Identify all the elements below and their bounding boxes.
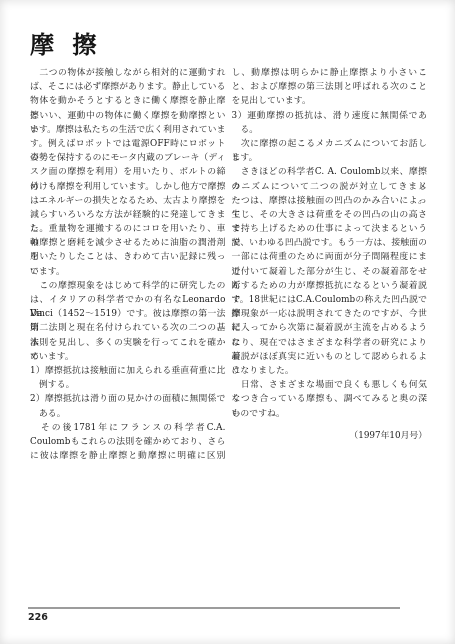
text-line: た。重量物を運搬するのにコロを用いたり、車軸 [30,222,226,236]
text-line: 姿勢を保持するのにモータ内蔵のブレーキ（ディ [30,151,226,165]
text-line: に入ってから次第に凝着説が主流を占めるように [232,321,428,335]
text-line: さきほどの科学者C. A. Coulomb以来、摩擦のメ [232,165,428,179]
text-line: の摩擦と磨耗を減少させるために油脂の潤滑剤を [30,236,226,250]
text-line: 二つの物体が接触しながら相対的に運動すれ [30,66,226,80]
text-line: この摩擦現象をはじめて科学的に研究したの [30,279,226,293]
text-line: 第二法則と現在名付けられている次の二つの基本 [30,321,226,335]
document-page: 摩 擦 二つの物体が接触しながら相対的に運動すれば、そこには必ず摩擦があります。… [0,0,455,644]
text-line: ています。 [30,350,226,364]
two-column-body: 二つの物体が接触しながら相対的に運動すれば、そこには必ず摩擦があります。静止して… [30,66,427,463]
text-line: ものですね。 [232,407,428,421]
text-line: 例する。 [30,378,226,392]
text-line: 3）運動摩擦の抵抗は、滑り速度に無関係であ [232,109,428,123]
text-line: に彼は摩擦を静止摩擦と動摩擦に明確に区別 [30,449,226,463]
text-line: といい、運動中の物体に働く摩擦を動摩擦といい [30,109,226,123]
text-line: 断するための力が摩擦抵抗になるという凝着説で [232,279,428,293]
text-line: 2）摩擦抵抗は滑り面の見かけの面積に無関係で [30,392,226,406]
text-line: はエネルギーの損失となるため、太古より摩擦を [30,194,226,208]
text-line: カニズムについて二つの説が対立してきました。 [232,180,428,194]
text-line: は、イタリアの科学者でかの有名なLeonardo Da [30,293,226,307]
text-line: います。 [30,265,226,279]
text-column-right: し、動摩擦は明らかに静止摩擦より小さいこと、および摩擦の第三法則と呼ばれる次のこ… [232,66,428,463]
text-line: ます。摩擦は私たちの生活で広く利用されていま [30,123,226,137]
text-line: 生じ、その大きさは荷重をその凹凸の山の高さま [232,208,428,222]
text-line: を見出しています。 [232,94,428,108]
text-line: 擦現象が一応は説明されてきたのですが、今世紀 [232,307,428,321]
text-line: 近付いて凝着した部分が生じ、その凝着部をせん [232,265,428,279]
text-line: ます。 [232,151,428,165]
text-line: 物体を動かそうとするときに働く摩擦を静止摩擦 [30,94,226,108]
text-line: になりました。 [232,364,428,378]
text-line: 一部には荷重のために両面が分子間隔程度にまで [232,250,428,264]
text-line: 着説がほぼ真実に近いものとして認められるよう [232,350,428,364]
text-line: スク面の摩擦を利用）を用いたり、ボルトの締め [30,165,226,179]
text-line: す。18世紀にはC.A.Coulombの称えた凹凸説で摩 [232,293,428,307]
text-line: Vinci（1452〜1519）です。彼は摩擦の第一法則、 [30,307,226,321]
text-line: なり、現在ではさまざまな科学者の研究により凝 [232,336,428,350]
text-line: で持ち上げるための仕事によって決まるという説 [232,222,428,236]
text-line: 法則を見出し、多くの実験を行ってこれを確かめ [30,336,226,350]
text-line: す。例えばロボットでは電源OFF時にロボットの [30,137,226,151]
text-line: る。 [232,123,428,137]
text-line: 減らすいろいろな方法が経験的に発達してきまし [30,208,226,222]
text-column-left: 二つの物体が接触しながら相対的に運動すれば、そこには必ず摩擦があります。静止して… [30,66,226,463]
text-line: ば、そこには必ず摩擦があります。静止している [30,80,226,94]
page-title: 摩 擦 [30,25,97,60]
text-line: 一つは、摩擦は接触面の凹凸のかみ合いによって [232,194,428,208]
text-line: 付けも摩擦を利用しています。しかし他方で摩擦 [30,180,226,194]
text-line: 用いたりしたことは、きわめて古い記録に残って [30,250,226,264]
footer-rule [28,607,400,609]
text-line: Coulombもこれらの法則を確かめており、さら [30,435,226,449]
text-line: し、動摩擦は明らかに静止摩擦より小さいこ [232,66,428,80]
text-line: 次に摩擦の起こるメカニズムについてお話しし [232,137,428,151]
page-number: 226 [28,612,48,623]
text-line: と、および摩擦の第三法則と呼ばれる次のこと [232,80,428,94]
text-line: 1）摩擦抵抗は接触面に加えられる垂直荷重に比 [30,364,226,378]
text-line: 日常、さまざまな場面で良くも悪しくも何気な [232,378,428,392]
text-line: くつき合っている摩擦も、調べてみると奥の深い [232,392,428,406]
text-line: その後1781年にフランスの科学者C.A. [30,421,226,435]
text-line: ある。 [30,407,226,421]
text-line: で、いわゆる凹凸説です。もう一方は、接触面の [232,236,428,250]
issue-date-note: （1997年10月号） [233,429,441,443]
